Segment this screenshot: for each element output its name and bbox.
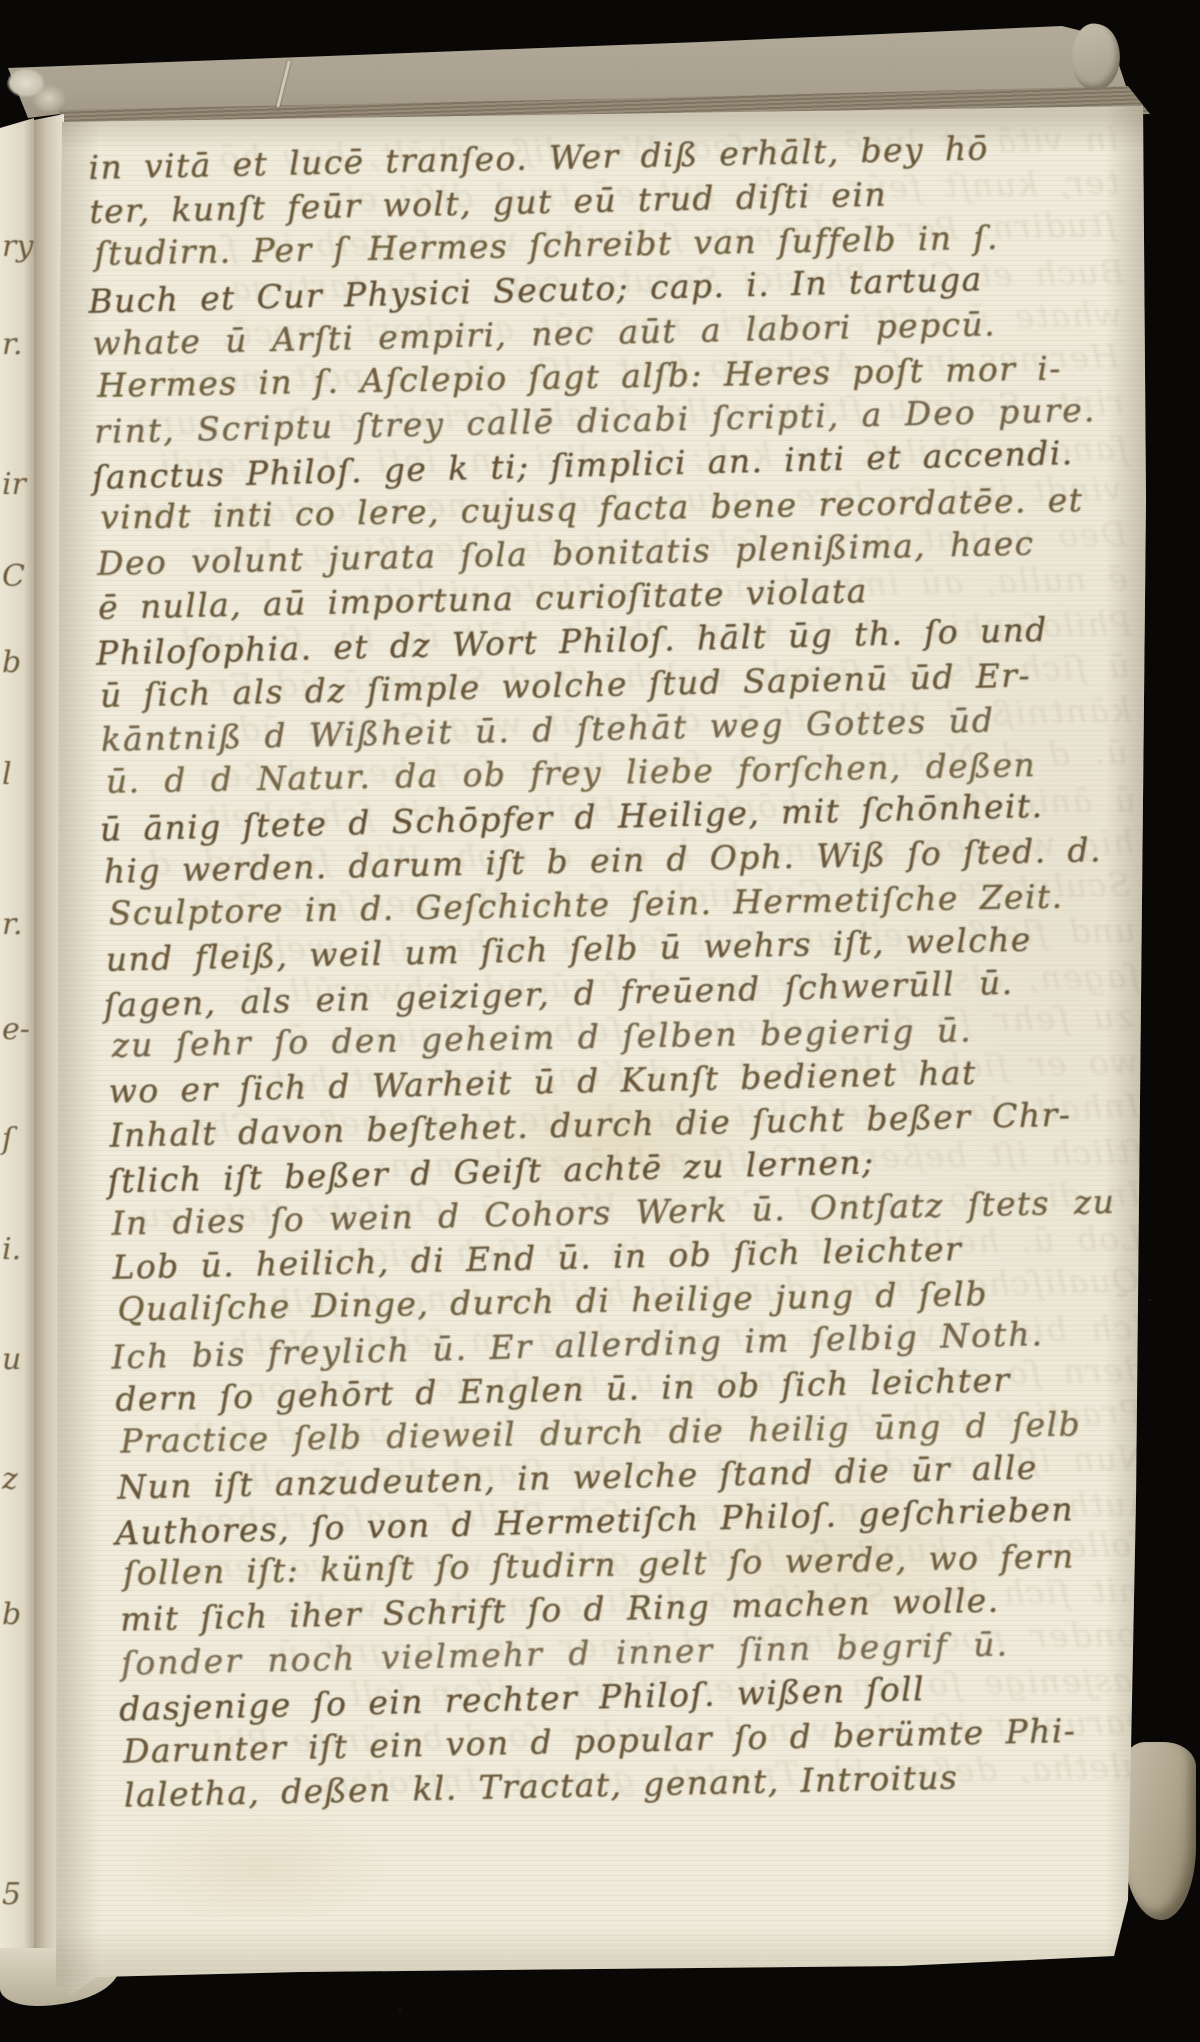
manuscript-page: in vitā et lucē tranſeo. Wer diß erhālt,…	[0, 0, 1200, 2042]
gutter-text-fragment: z	[2, 1465, 18, 1495]
cover-edge-bottom-right	[1124, 1742, 1196, 1920]
gutter-text-fragment: 5	[2, 1880, 21, 1910]
gutter-text-fragment: ry	[2, 232, 33, 262]
manuscript-text: in vitā et lucē tranſeo. Wer diß erhālt,…	[88, 123, 1172, 1817]
gutter-text-fragment: i.	[2, 1235, 21, 1265]
manuscript-photo: ryr.irCblr.e-ſi.uzb5 in vitā et lucē tra…	[0, 0, 1200, 2042]
gutter-text-fragment: ſ	[2, 1125, 13, 1155]
gutter-facing-page-strip: ryr.irCblr.e-ſi.uzb5	[0, 118, 34, 1998]
gutter-text-fragment: r.	[2, 910, 23, 940]
gutter-text-fragment: ir	[2, 470, 26, 500]
gutter-text-fragment: b	[2, 648, 21, 678]
gutter-text-fragment: r.	[2, 330, 23, 360]
gutter-text-fragment: C	[2, 562, 25, 592]
gutter-text-fragment: l	[2, 760, 12, 790]
gutter-text-fragment: b	[2, 1600, 21, 1630]
gutter-text-fragment: u	[2, 1345, 21, 1375]
gutter-text-fragment: e-	[2, 1015, 30, 1045]
